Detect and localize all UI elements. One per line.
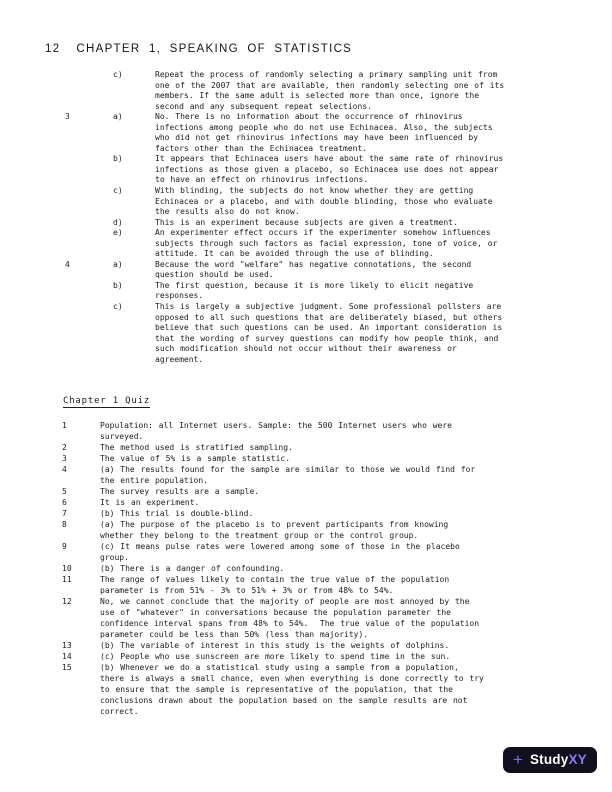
quiz-number: 12	[62, 596, 100, 607]
quiz-number: 5	[62, 486, 100, 497]
quiz-number: 11	[62, 574, 100, 585]
solution-row: 3 a) No. There is no information about t…	[65, 112, 570, 154]
solution-number: 4	[65, 260, 113, 271]
solution-row: 4 a) Because the word "welfare" has nega…	[65, 260, 570, 281]
quiz-row: 6 It is an experiment.	[62, 497, 570, 508]
document-page: 12 CHAPTER 1, SPEAKING OF STATISTICS c) …	[0, 0, 612, 792]
quiz-answer-text: (c) It means pulse rates were lowered am…	[100, 541, 570, 563]
quiz-answer-text: Population: all Internet users. Sample: …	[100, 420, 570, 442]
quiz-answer-text: (a) The results found for the sample are…	[100, 464, 570, 486]
quiz-answer-text: It is an experiment.	[100, 497, 570, 508]
solution-letter: c)	[113, 302, 155, 313]
solution-number: 3	[65, 112, 113, 123]
quiz-row: 5 The survey results are a sample.	[62, 486, 570, 497]
quiz-number: 2	[62, 442, 100, 453]
quiz-row: 10 (b) There is a danger of confounding.	[62, 563, 570, 574]
quiz-section: 1 Population: all Internet users. Sample…	[62, 420, 570, 717]
solution-row: e) An experimenter effect occurs if the …	[65, 228, 570, 260]
studyxy-watermark-badge: + StudyXY	[503, 747, 597, 773]
quiz-number: 13	[62, 640, 100, 651]
solution-letter: a)	[113, 112, 155, 123]
solution-text: This is largely a subjective judgment. S…	[155, 302, 570, 365]
quiz-answer-text: (c) People who use sunscreen are more li…	[100, 651, 570, 662]
quiz-row: 1 Population: all Internet users. Sample…	[62, 420, 570, 442]
solution-row: b) The first question, because it is mor…	[65, 281, 570, 302]
solution-row: d) This is an experiment because subject…	[65, 218, 570, 229]
quiz-number: 10	[62, 563, 100, 574]
quiz-number: 4	[62, 464, 100, 475]
solution-row: c) With blinding, the subjects do not kn…	[65, 186, 570, 218]
quiz-row: 3 The value of 5% is a sample statistic.	[62, 453, 570, 464]
solution-text: Because the word "welfare" has negative …	[155, 260, 570, 281]
solution-letter: a)	[113, 260, 155, 271]
quiz-answer-text: (b) The variable of interest in this stu…	[100, 640, 570, 651]
quiz-answer-text: No, we cannot conclude that the majority…	[100, 596, 570, 640]
quiz-row: 12 No, we cannot conclude that the major…	[62, 596, 570, 640]
quiz-answer-text: The survey results are a sample.	[100, 486, 570, 497]
solution-text: With blinding, the subjects do not know …	[155, 186, 570, 218]
quiz-number: 6	[62, 497, 100, 508]
quiz-row: 11 The range of values likely to contain…	[62, 574, 570, 596]
solution-row: c) Repeat the process of randomly select…	[65, 70, 570, 112]
solution-text: It appears that Echinacea users have abo…	[155, 154, 570, 186]
quiz-number: 15	[62, 662, 100, 673]
quiz-row: 2 The method used is stratified sampling…	[62, 442, 570, 453]
solution-text: No. There is no information about the oc…	[155, 112, 570, 154]
quiz-number: 1	[62, 420, 100, 431]
brand-name: StudyXY	[530, 751, 587, 769]
chapter-title: CHAPTER 1, SPEAKING OF STATISTICS	[76, 43, 352, 55]
brand-name-xy: XY	[568, 752, 586, 767]
page-number: 12	[45, 43, 60, 55]
quiz-number: 14	[62, 651, 100, 662]
quiz-row: 8 (a) The purpose of the placebo is to p…	[62, 519, 570, 541]
quiz-number: 7	[62, 508, 100, 519]
solution-row: b) It appears that Echinacea users have …	[65, 154, 570, 186]
solution-text: An experimenter effect occurs if the exp…	[155, 228, 570, 260]
quiz-answer-text: The range of values likely to contain th…	[100, 574, 570, 596]
solution-letter: b)	[113, 281, 155, 292]
solution-letter: d)	[113, 218, 155, 229]
solution-text: The first question, because it is more l…	[155, 281, 570, 302]
quiz-row: 14 (c) People who use sunscreen are more…	[62, 651, 570, 662]
quiz-answer-text: The method used is stratified sampling.	[100, 442, 570, 453]
quiz-number: 8	[62, 519, 100, 530]
brand-name-study: Study	[530, 752, 569, 767]
quiz-number: 3	[62, 453, 100, 464]
solution-letter: b)	[113, 154, 155, 165]
quiz-answer-text: (b) There is a danger of confounding.	[100, 563, 570, 574]
solution-text: Repeat the process of randomly selecting…	[155, 70, 570, 112]
solution-row: c) This is largely a subjective judgment…	[65, 302, 570, 365]
quiz-answer-text: (b) This trial is double-blind.	[100, 508, 570, 519]
solution-letter: c)	[113, 70, 155, 81]
solutions-section: c) Repeat the process of randomly select…	[65, 70, 570, 365]
quiz-row: 4 (a) The results found for the sample a…	[62, 464, 570, 486]
quiz-section-heading: Chapter 1 Quiz	[63, 396, 150, 408]
page-header: 12 CHAPTER 1, SPEAKING OF STATISTICS	[45, 43, 352, 55]
quiz-number: 9	[62, 541, 100, 552]
quiz-row: 7 (b) This trial is double-blind.	[62, 508, 570, 519]
quiz-row: 15 (b) Whenever we do a statistical stud…	[62, 662, 570, 717]
quiz-answer-text: (a) The purpose of the placebo is to pre…	[100, 519, 570, 541]
plus-icon: +	[513, 751, 523, 768]
solution-text: This is an experiment because subjects a…	[155, 218, 570, 229]
solution-letter: c)	[113, 186, 155, 197]
quiz-row: 9 (c) It means pulse rates were lowered …	[62, 541, 570, 563]
quiz-answer-text: (b) Whenever we do a statistical study u…	[100, 662, 570, 717]
quiz-row: 13 (b) The variable of interest in this …	[62, 640, 570, 651]
quiz-answer-text: The value of 5% is a sample statistic.	[100, 453, 570, 464]
solution-letter: e)	[113, 228, 155, 239]
